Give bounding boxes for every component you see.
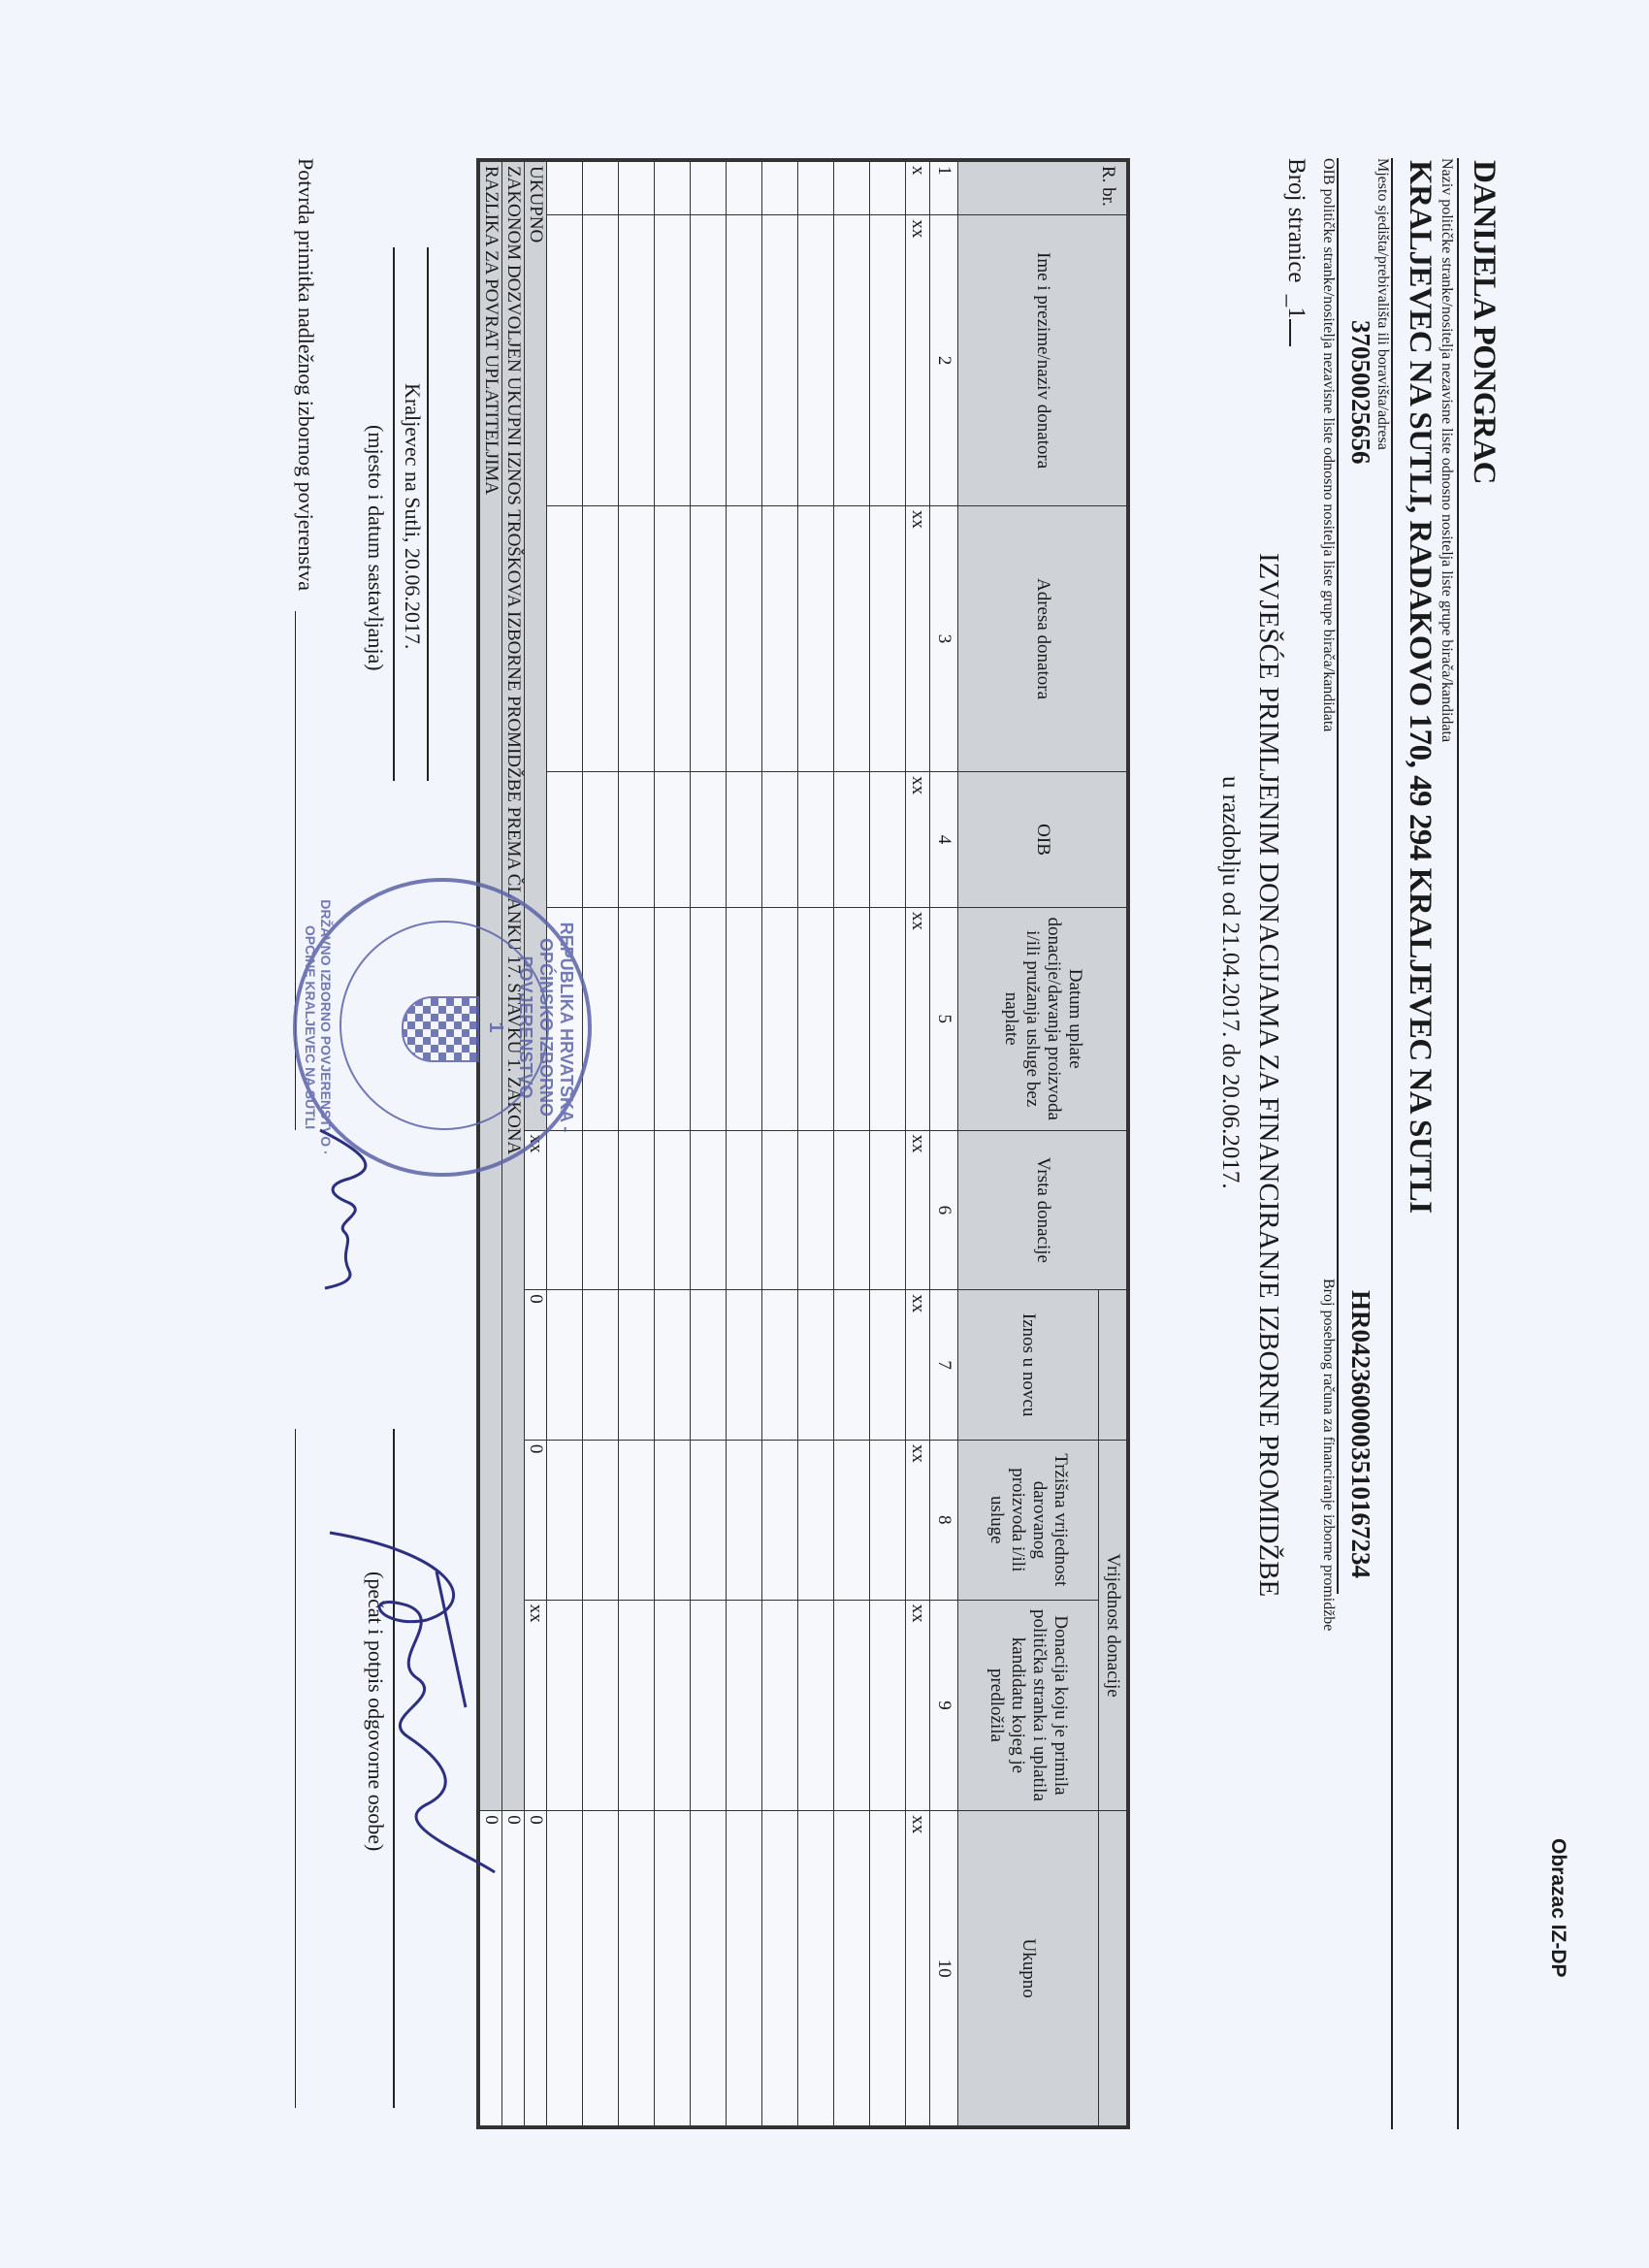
empty-cell — [655, 505, 691, 771]
legal-limit-value: 0 — [502, 1811, 525, 2127]
empty-cell — [655, 772, 691, 908]
empty-cell — [691, 1130, 727, 1290]
empty-cell — [727, 1600, 762, 1811]
stamp-outer-text: REPUBLIKA HRVATSKA - OPĆINSKO IZBORNO PO… — [515, 882, 576, 1173]
responsible-person-signature-icon — [310, 1513, 504, 1882]
receipt-label: Potvrda primitka nadležnog izbornog povj… — [293, 158, 318, 591]
divider — [1337, 158, 1339, 1312]
empty-cell — [762, 907, 798, 1130]
empty-cell — [583, 772, 619, 908]
column-number: 3 — [930, 505, 958, 771]
empty-cell — [870, 1440, 906, 1600]
empty-cell — [583, 505, 619, 771]
page-number: 1 — [1283, 307, 1309, 319]
empty-cell — [870, 1130, 906, 1290]
address: KRALJEVEC NA SUTLI, RADAKOVO 170, 49 294… — [1402, 160, 1438, 1214]
oib-value: 37050025656 — [1345, 320, 1375, 465]
empty-table-row — [619, 160, 655, 2127]
empty-cell — [619, 772, 655, 908]
address-label: Mjesto sjedišta/prebivališta ili boraviš… — [1374, 158, 1391, 450]
empty-cell — [727, 505, 762, 771]
empty-cell — [691, 1440, 727, 1600]
cell: xx — [906, 907, 930, 1130]
empty-cell — [834, 1130, 870, 1290]
empty-cell — [655, 1440, 691, 1600]
cell: xx — [906, 1130, 930, 1290]
empty-cell — [691, 1600, 727, 1811]
divider — [427, 247, 429, 781]
empty-cell — [691, 772, 727, 908]
empty-cell — [762, 505, 798, 771]
empty-cell — [762, 1811, 798, 2127]
empty-cell — [834, 1811, 870, 2127]
empty-table-row — [798, 160, 834, 2127]
cell: xx — [906, 215, 930, 505]
empty-cell — [762, 1130, 798, 1290]
empty-cell — [691, 505, 727, 771]
empty-cell — [655, 907, 691, 1130]
empty-cell — [834, 505, 870, 771]
empty-cell — [547, 1440, 583, 1600]
empty-cell — [583, 1130, 619, 1290]
cell: xx — [906, 1600, 930, 1811]
empty-cell — [798, 1290, 834, 1441]
empty-cell — [727, 1130, 762, 1290]
empty-cell — [583, 1440, 619, 1600]
empty-cell — [655, 215, 691, 505]
empty-cell — [583, 1600, 619, 1811]
page-label: Broj stranice — [1283, 158, 1309, 282]
empty-cell — [619, 907, 655, 1130]
col-header-oib: OIB — [958, 772, 1128, 908]
empty-cell — [619, 1600, 655, 1811]
place-date: Kraljevec na Sutli, 20.06.2017. — [400, 383, 425, 649]
empty-cell — [619, 505, 655, 771]
rotated-document-page: Obrazac IZ-DP DANIJELA PONGRAC Naziv pol… — [0, 0, 1649, 2268]
empty-cell — [727, 1440, 762, 1600]
total-value: 0 — [525, 1290, 547, 1441]
oib-label: OIB političke stranke/nositelja nezavisn… — [1319, 158, 1337, 731]
empty-cell — [798, 1811, 834, 2127]
empty-cell — [834, 160, 870, 215]
empty-table-row — [870, 160, 906, 2127]
divider — [1391, 158, 1393, 2129]
empty-cell — [583, 215, 619, 505]
empty-cell — [619, 160, 655, 215]
group-header-donation-value: Vrijednost donacije — [1099, 1440, 1128, 1810]
empty-cell — [834, 215, 870, 505]
empty-cell — [691, 907, 727, 1130]
empty-cell — [547, 1290, 583, 1441]
empty-table-row — [727, 160, 762, 2127]
empty-cell — [762, 1440, 798, 1600]
total-value: xx — [525, 1600, 547, 1811]
empty-cell — [870, 907, 906, 1130]
column-number: 8 — [930, 1440, 958, 1600]
empty-cell — [798, 215, 834, 505]
report-title: IZVJEŠĆE PRIMLJENIM DONACIJAMA ZA FINANC… — [1252, 553, 1284, 1911]
account-label: Broj posebnog računa za financiranje izb… — [1319, 1279, 1337, 1631]
empty-cell — [834, 772, 870, 908]
empty-cell — [798, 505, 834, 771]
empty-cell — [798, 1600, 834, 1811]
empty-cell — [619, 215, 655, 505]
empty-cell — [870, 505, 906, 771]
col-header-market-value: Tržišna vrijednost darovanog proizvoda i… — [958, 1440, 1099, 1600]
empty-cell — [870, 1811, 906, 2127]
empty-cell — [547, 215, 583, 505]
form-code: Obrazac IZ-DP — [1546, 1838, 1569, 1978]
empty-cell — [655, 1130, 691, 1290]
candidate-label: Naziv političke stranke/nositelja nezavi… — [1438, 158, 1455, 742]
empty-cell — [727, 1290, 762, 1441]
col-header-party-donation: Donacija koju je primila politička stran… — [958, 1600, 1099, 1811]
empty-cell — [798, 772, 834, 908]
empty-cell — [547, 505, 583, 771]
empty-table-row — [655, 160, 691, 2127]
empty-cell — [870, 160, 906, 215]
column-number: 7 — [930, 1290, 958, 1441]
col-header-date: Datum uplate donacije/davanja proizvoda … — [958, 907, 1128, 1130]
empty-cell — [762, 160, 798, 215]
empty-cell — [655, 1811, 691, 2127]
col-header-total: Ukupno — [958, 1811, 1099, 2127]
col-header-donation-type: Vrsta donacije — [958, 1130, 1128, 1290]
empty-cell — [583, 1290, 619, 1441]
report-period: u razdoblju od 21.04.2017. do 20.06.2017… — [1216, 776, 1244, 1189]
empty-cell — [619, 1290, 655, 1441]
empty-cell — [655, 1600, 691, 1811]
empty-cell — [798, 1130, 834, 1290]
empty-table-row — [691, 160, 727, 2127]
empty-cell — [691, 215, 727, 505]
total-value: 0 — [525, 1811, 547, 2127]
empty-cell — [619, 1440, 655, 1600]
column-number: 6 — [930, 1130, 958, 1290]
empty-cell — [727, 215, 762, 505]
page-number-field: Broj stranice _1 — [1282, 158, 1309, 346]
column-number: 5 — [930, 907, 958, 1130]
empty-table-row — [834, 160, 870, 2127]
account-number: HR0423600003510167234 — [1345, 1290, 1375, 1578]
empty-cell — [619, 1811, 655, 2127]
coat-of-arms-icon — [402, 996, 479, 1062]
col-header-donor-address: Adresa donatora — [958, 505, 1128, 771]
empty-cell — [691, 1290, 727, 1441]
cell: xx — [906, 772, 930, 908]
empty-cell — [547, 160, 583, 215]
column-number: 10 — [930, 1811, 958, 2127]
receipt-signature-line — [295, 1429, 296, 2108]
empty-cell — [547, 1600, 583, 1811]
column-number: 1 — [930, 160, 958, 215]
empty-cell — [727, 907, 762, 1130]
empty-cell — [798, 1440, 834, 1600]
column-number-row: 1 2 3 4 5 6 7 8 9 10 — [930, 160, 958, 2127]
empty-cell — [655, 160, 691, 215]
empty-cell — [619, 1130, 655, 1290]
divider — [1337, 1279, 1339, 1594]
commission-signature-icon — [301, 1125, 407, 1290]
cell: x — [906, 160, 930, 215]
empty-cell — [691, 1811, 727, 2127]
empty-cell — [583, 160, 619, 215]
empty-cell — [691, 160, 727, 215]
cell: xx — [906, 505, 930, 771]
cell: xx — [906, 1811, 930, 2127]
empty-cell — [762, 215, 798, 505]
empty-cell — [834, 907, 870, 1130]
col-header-donor-name: Ime i prezime/naziv donatora — [958, 215, 1128, 505]
empty-cell — [834, 1600, 870, 1811]
column-number: 4 — [930, 772, 958, 908]
empty-cell — [834, 1440, 870, 1600]
empty-cell — [762, 1600, 798, 1811]
empty-cell — [762, 772, 798, 908]
empty-cell — [583, 1811, 619, 2127]
empty-cell — [727, 1811, 762, 2127]
empty-cell — [798, 907, 834, 1130]
empty-cell — [798, 160, 834, 215]
column-number: 2 — [930, 215, 958, 505]
total-value: 0 — [525, 1440, 547, 1600]
col-header-rbr: R. br. — [958, 160, 1128, 215]
empty-table-row — [583, 160, 619, 2127]
candidate-name: DANIJELA PONGRAC — [1466, 160, 1502, 484]
place-date-label: (mjesto i datum sastavljanja) — [363, 425, 388, 671]
cell: xx — [906, 1440, 930, 1600]
empty-cell — [655, 1290, 691, 1441]
empty-cell — [870, 1600, 906, 1811]
empty-cell — [762, 1290, 798, 1441]
stamp-number: 1 — [484, 882, 506, 1173]
empty-table-row — [762, 160, 798, 2127]
empty-cell — [834, 1290, 870, 1441]
table-row: x xx xx xx xx xx xx xx xx xx — [906, 160, 930, 2127]
cell: xx — [906, 1290, 930, 1441]
empty-cell — [870, 215, 906, 505]
divider — [1457, 158, 1459, 2129]
empty-cell — [727, 160, 762, 215]
empty-cell — [870, 772, 906, 908]
empty-cell — [870, 1290, 906, 1441]
empty-cell — [727, 772, 762, 908]
column-number: 9 — [930, 1600, 958, 1811]
empty-cell — [547, 1811, 583, 2127]
blank-rows — [547, 160, 906, 2127]
divider — [393, 247, 395, 781]
col-header-cash-amount: Iznos u novcu — [958, 1290, 1099, 1441]
